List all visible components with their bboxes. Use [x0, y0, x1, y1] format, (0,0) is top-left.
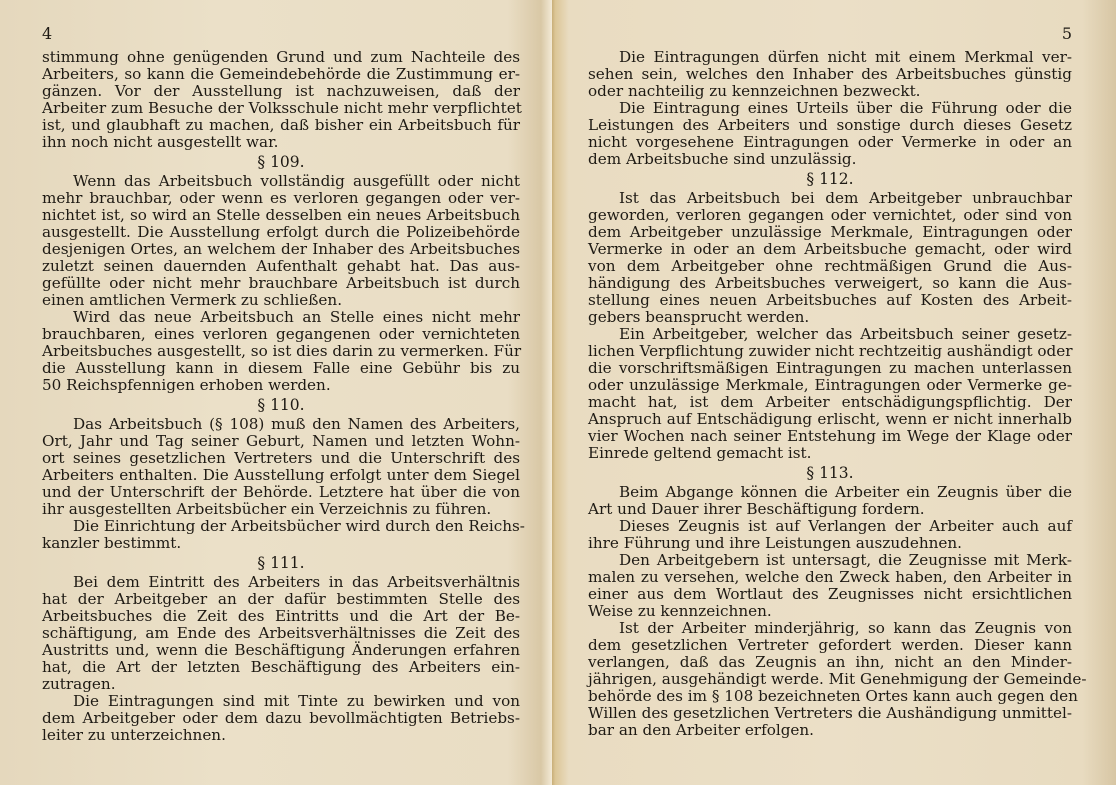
section-heading: § 111.	[42, 552, 520, 574]
text-line: Das Arbeitsbuch (§ 108) muß den Namen de…	[42, 416, 520, 433]
text-line: desjenigen Ortes, an welchem der Inhaber…	[42, 241, 520, 258]
text-line: die vorschriftsmäßigen Eintragungen zu m…	[588, 360, 1072, 377]
text-line: 50 Reichspfennigen erhoben werden.	[42, 377, 520, 394]
text-line: dem Arbeitsbuche sind unzulässig.	[588, 151, 1072, 168]
right-page-body: Die Eintragungen dürfen nicht mit einem …	[588, 49, 1072, 739]
book-spread: 4 stimmung ohne genügenden Grund und zum…	[0, 0, 1116, 785]
text-line: dem gesetzlichen Vertreter gefordert wer…	[588, 637, 1072, 654]
text-line: ihre Führung und ihre Leistungen auszude…	[588, 535, 1072, 552]
text-line: verlangen, daß das Zeugnis an ihn, nicht…	[588, 654, 1072, 671]
text-line: sehen sein, welches den Inhaber des Arbe…	[588, 66, 1072, 83]
text-line: geworden, verloren gegangen oder vernich…	[588, 207, 1072, 224]
paragraph: Die Eintragungen dürfen nicht mit einem …	[588, 49, 1072, 100]
text-line: und der Unterschrift der Behörde. Letzte…	[42, 484, 520, 501]
text-line: von dem Arbeitgeber ohne rechtmäßigen Gr…	[588, 258, 1072, 275]
text-line: bar an den Arbeiter erfolgen.	[588, 722, 1072, 739]
text-line: stellung eines neuen Arbeitsbuches auf K…	[588, 292, 1072, 309]
text-line: hat der Arbeitgeber an der dafür bestimm…	[42, 591, 520, 608]
paragraph: Die Eintragung eines Urteils über die Fü…	[588, 100, 1072, 168]
text-line: die Ausstellung kann in diesem Falle ein…	[42, 360, 520, 377]
text-line: Ist der Arbeiter minderjährig, so kann d…	[588, 620, 1072, 637]
text-line: Leistungen des Arbeiters und sonstige du…	[588, 117, 1072, 134]
paragraph: Wird das neue Arbeitsbuch an Stelle eine…	[42, 309, 520, 394]
text-line: Art und Dauer ihrer Beschäftigung forder…	[588, 501, 1072, 518]
text-line: gänzen. Vor der Ausstellung ist nachzuwe…	[42, 83, 520, 100]
text-line: Arbeiters, so kann die Gemeindebehörde d…	[42, 66, 520, 83]
text-line: brauchbaren, eines verloren gegangenen o…	[42, 326, 520, 343]
left-page: 4 stimmung ohne genügenden Grund und zum…	[0, 0, 552, 785]
text-line: zuletzt seinen dauernden Aufenthalt geha…	[42, 258, 520, 275]
text-line: kanzler bestimmt.	[42, 535, 520, 552]
text-line: Den Arbeitgebern ist untersagt, die Zeug…	[588, 552, 1072, 569]
text-line: behörde des im § 108 bezeichneten Ortes …	[588, 688, 1072, 705]
paragraph: Die Einrichtung der Arbeitsbücher wird d…	[42, 518, 520, 552]
text-line: Arbeiters enthalten. Die Ausstellung erf…	[42, 467, 520, 484]
text-line: Ort, Jahr und Tag seiner Geburt, Namen u…	[42, 433, 520, 450]
paragraph: Den Arbeitgebern ist untersagt, die Zeug…	[588, 552, 1072, 620]
text-line: händigung des Arbeitsbuches verweigert, …	[588, 275, 1072, 292]
paragraph: Ist der Arbeiter minderjährig, so kann d…	[588, 620, 1072, 739]
paragraph: Wenn das Arbeitsbuch vollständig ausgefü…	[42, 173, 520, 309]
text-line: nicht vorgesehene Eintragungen oder Verm…	[588, 134, 1072, 151]
text-line: malen zu versehen, welche den Zweck habe…	[588, 569, 1072, 586]
text-line: hat, die Art der letzten Beschäftigung d…	[42, 659, 520, 676]
left-page-body: stimmung ohne genügenden Grund und zum N…	[42, 49, 520, 744]
text-line: Willen des gesetzlichen Vertreters die A…	[588, 705, 1072, 722]
text-line: ihr ausgestellten Arbeitsbücher ein Verz…	[42, 501, 520, 518]
text-line: Arbeiter zum Besuche der Volksschule nic…	[42, 100, 520, 117]
text-line: Dieses Zeugnis ist auf Verlangen der Arb…	[588, 518, 1072, 535]
text-line: leiter zu unterzeichnen.	[42, 727, 520, 744]
text-line: nichtet ist, so wird an Stelle desselben…	[42, 207, 520, 224]
section-heading: § 110.	[42, 394, 520, 416]
text-line: ihn noch nicht ausgestellt war.	[42, 134, 520, 151]
text-line: lichen Verpflichtung zuwider nicht recht…	[588, 343, 1072, 360]
text-line: Weise zu kennzeichnen.	[588, 603, 1072, 620]
text-line: stimmung ohne genügenden Grund und zum N…	[42, 49, 520, 66]
text-line: mehr brauchbar, oder wenn es verloren ge…	[42, 190, 520, 207]
text-line: Beim Abgange können die Arbeiter ein Zeu…	[588, 484, 1072, 501]
text-line: Bei dem Eintritt des Arbeiters in das Ar…	[42, 574, 520, 591]
text-line: Wird das neue Arbeitsbuch an Stelle eine…	[42, 309, 520, 326]
paragraph: Die Eintragungen sind mit Tinte zu bewir…	[42, 693, 520, 744]
paragraph: Bei dem Eintritt des Arbeiters in das Ar…	[42, 574, 520, 693]
text-line: einen amtlichen Vermerk zu schließen.	[42, 292, 520, 309]
section-heading: § 112.	[588, 168, 1072, 190]
paragraph: stimmung ohne genügenden Grund und zum N…	[42, 49, 520, 151]
text-line: schäftigung, am Ende des Arbeitsverhältn…	[42, 625, 520, 642]
text-line: Die Einrichtung der Arbeitsbücher wird d…	[42, 518, 520, 535]
text-line: ort seines gesetzlichen Vertreters und d…	[42, 450, 520, 467]
text-line: jährigen, ausgehändigt werde. Mit Genehm…	[588, 671, 1072, 688]
text-line: Arbeitsbuches die Zeit des Eintritts und…	[42, 608, 520, 625]
paragraph: Ein Arbeitgeber, welcher das Arbeitsbuch…	[588, 326, 1072, 462]
text-line: ausgestellt. Die Ausstellung erfolgt dur…	[42, 224, 520, 241]
paragraph: Dieses Zeugnis ist auf Verlangen der Arb…	[588, 518, 1072, 552]
text-line: vier Wochen nach seiner Entstehung im We…	[588, 428, 1072, 445]
text-line: Ein Arbeitgeber, welcher das Arbeitsbuch…	[588, 326, 1072, 343]
paragraph: Ist das Arbeitsbuch bei dem Arbeitgeber …	[588, 190, 1072, 326]
page-number-left: 4	[42, 24, 52, 43]
paragraph: Beim Abgange können die Arbeiter ein Zeu…	[588, 484, 1072, 518]
text-line: Anspruch auf Entschädigung erlischt, wen…	[588, 411, 1072, 428]
text-line: gebers beansprucht werden.	[588, 309, 1072, 326]
text-line: Arbeitsbuches ausgestellt, so ist dies d…	[42, 343, 520, 360]
text-line: oder unzulässige Merkmale, Eintragungen …	[588, 377, 1072, 394]
text-line: macht hat, ist dem Arbeiter entschädigun…	[588, 394, 1072, 411]
text-line: dem Arbeitgeber unzulässige Merkmale, Ei…	[588, 224, 1072, 241]
text-line: Wenn das Arbeitsbuch vollständig ausgefü…	[42, 173, 520, 190]
section-heading: § 113.	[588, 462, 1072, 484]
text-line: Austritts und, wenn die Beschäftigung Än…	[42, 642, 520, 659]
section-heading: § 109.	[42, 151, 520, 173]
text-line: einer aus dem Wortlaut des Zeugnisses ni…	[588, 586, 1072, 603]
page-number-right: 5	[1062, 24, 1072, 43]
text-line: Ist das Arbeitsbuch bei dem Arbeitgeber …	[588, 190, 1072, 207]
text-line: Einrede geltend gemacht ist.	[588, 445, 1072, 462]
text-line: gefüllte oder nicht mehr brauchbare Arbe…	[42, 275, 520, 292]
text-line: ist, und glaubhaft zu machen, daß bisher…	[42, 117, 520, 134]
right-page: 5 Die Eintragungen dürfen nicht mit eine…	[552, 0, 1116, 785]
paragraph: Das Arbeitsbuch (§ 108) muß den Namen de…	[42, 416, 520, 518]
text-line: oder nachteilig zu kennzeichnen bezweckt…	[588, 83, 1072, 100]
text-line: zutragen.	[42, 676, 520, 693]
text-line: Vermerke in oder an dem Arbeitsbuche gem…	[588, 241, 1072, 258]
text-line: dem Arbeitgeber oder dem dazu bevollmäch…	[42, 710, 520, 727]
text-line: Die Eintragungen dürfen nicht mit einem …	[588, 49, 1072, 66]
text-line: Die Eintragung eines Urteils über die Fü…	[588, 100, 1072, 117]
text-line: Die Eintragungen sind mit Tinte zu bewir…	[42, 693, 520, 710]
